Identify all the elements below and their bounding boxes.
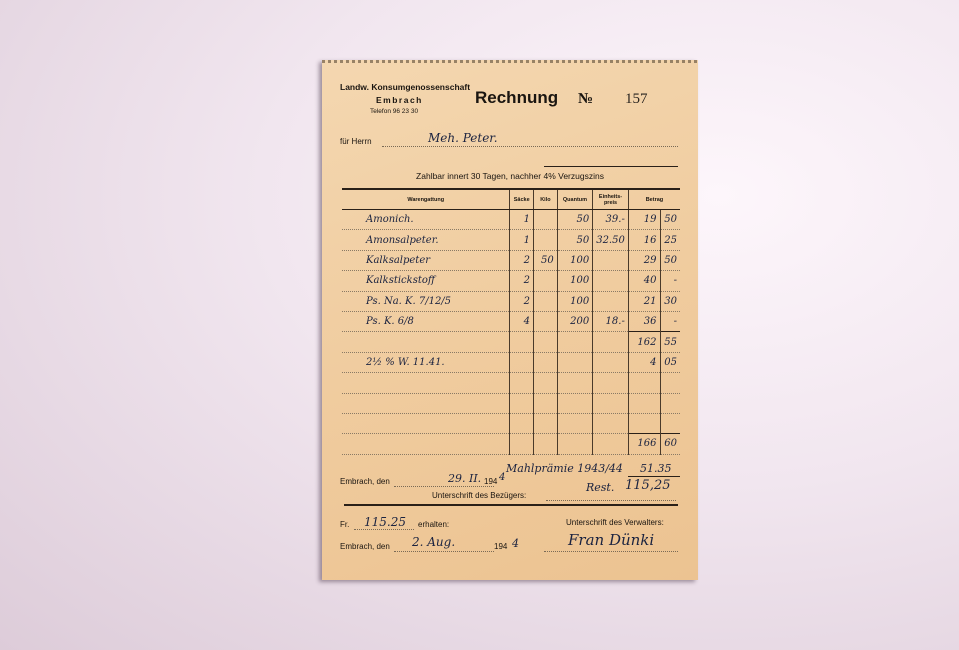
cell-rappen: 50 — [660, 210, 680, 230]
cell-saecke — [510, 332, 534, 352]
cell-franken: 21 — [628, 291, 660, 311]
manager-label: Unterschrift des Verwalters: — [566, 518, 664, 527]
cell-saecke: 2 — [510, 271, 534, 291]
cell-franken — [628, 373, 660, 393]
cell-franken: 162 — [628, 332, 660, 352]
cell-quantum: 100 — [557, 291, 592, 311]
cell-quantum: 100 — [557, 250, 592, 270]
footer-divider — [344, 504, 678, 506]
cell-item — [342, 332, 510, 352]
rest-amount: 115,25 — [625, 478, 671, 493]
year-prefix: 194 — [484, 477, 497, 486]
cell-franken — [628, 413, 660, 433]
cell-franken: 4 — [628, 352, 660, 372]
terms-rule — [544, 166, 678, 167]
paid-date-line — [394, 551, 494, 552]
cell-quantum — [557, 352, 592, 372]
cell-kilo — [534, 413, 558, 433]
col-saecke: Säcke — [510, 189, 534, 210]
cell-saecke — [510, 352, 534, 372]
cell-rappen: 25 — [660, 230, 680, 250]
deduction-rule — [628, 476, 680, 477]
cell-franken: 19 — [628, 210, 660, 230]
received-label: erhalten: — [418, 520, 449, 529]
cell-kilo — [534, 291, 558, 311]
cell-rappen — [660, 393, 680, 413]
table-header: Warengattung Säcke Kilo Quantum Einheits… — [342, 189, 680, 210]
cell-saecke — [510, 413, 534, 433]
cell-franken: 40 — [628, 271, 660, 291]
cell-rappen — [660, 413, 680, 433]
table-row — [342, 373, 680, 393]
cell-rappen: 55 — [660, 332, 680, 352]
paid-year-suffix: 4 — [512, 537, 519, 550]
cell-preis — [593, 250, 629, 270]
cell-saecke: 1 — [510, 230, 534, 250]
document-title: Rechnung — [475, 88, 558, 108]
org-phone: Telefon 96 23 30 — [370, 108, 418, 115]
cell-saecke: 4 — [510, 311, 534, 331]
cell-item: Kalkstickstoff — [342, 271, 510, 291]
cell-quantum: 50 — [557, 230, 592, 250]
cell-preis — [593, 413, 629, 433]
cell-item — [342, 413, 510, 433]
cell-item — [342, 434, 510, 454]
payment-terms: Zahlbar innert 30 Tagen, nachher 4% Verz… — [322, 171, 698, 181]
cell-item: 2½ % W. 11.41. — [342, 352, 510, 372]
cell-quantum — [557, 434, 592, 454]
invoice-paper: Landw. Konsumgenossenschaft Embrach Tele… — [322, 60, 698, 580]
cell-preis — [593, 393, 629, 413]
customer-name: Meh. Peter. — [428, 131, 498, 145]
table-row: Amonich.15039.-1950 — [342, 210, 680, 230]
table-row — [342, 413, 680, 433]
cell-saecke: 2 — [510, 250, 534, 270]
cell-kilo — [534, 332, 558, 352]
items-table: Warengattung Säcke Kilo Quantum Einheits… — [342, 188, 680, 455]
cell-item: Kalksalpeter — [342, 250, 510, 270]
cell-quantum: 50 — [557, 210, 592, 230]
cell-quantum — [557, 413, 592, 433]
paid-year-prefix: 194 — [494, 542, 507, 551]
table-row: Kalksalpeter2501002950 — [342, 250, 680, 270]
cell-preis: 39.- — [593, 210, 629, 230]
cell-preis: 32.50 — [593, 230, 629, 250]
signature-label: Unterschrift des Bezügers: — [432, 491, 526, 500]
received-amount: 115.25 — [364, 515, 406, 529]
cell-kilo — [534, 393, 558, 413]
invoice-date: 29. II. — [448, 472, 481, 485]
cell-item — [342, 393, 510, 413]
cell-franken: 29 — [628, 250, 660, 270]
cell-quantum: 200 — [557, 311, 592, 331]
cell-saecke — [510, 373, 534, 393]
cell-preis — [593, 332, 629, 352]
manager-signature: Fran Dünki — [568, 531, 654, 549]
table-row — [342, 393, 680, 413]
cell-kilo — [534, 230, 558, 250]
cell-item: Ps. K. 6/8 — [342, 311, 510, 331]
date-label: Embrach, den — [340, 477, 390, 486]
cell-franken: 16 — [628, 230, 660, 250]
col-einheitspreis: Einheits-preis — [593, 189, 629, 210]
cell-saecke: 1 — [510, 210, 534, 230]
cell-franken: 166 — [628, 434, 660, 454]
paid-date: 2. Aug. — [412, 535, 455, 549]
cell-rappen: - — [660, 271, 680, 291]
cell-franken — [628, 393, 660, 413]
cell-preis — [593, 352, 629, 372]
cell-item: Amonich. — [342, 210, 510, 230]
rest-label: Rest. — [586, 481, 614, 494]
cell-rappen: 05 — [660, 352, 680, 372]
cell-kilo: 50 — [534, 250, 558, 270]
cell-rappen: 60 — [660, 434, 680, 454]
received-prefix: Fr. — [340, 520, 349, 529]
deduction-note: Mahlprämie 1943/44 — [506, 462, 623, 475]
received-line — [354, 529, 414, 530]
cell-item: Ps. Na. K. 7/12/5 — [342, 291, 510, 311]
deduction-amount: 51.35 — [640, 462, 672, 475]
col-kilo: Kilo — [534, 189, 558, 210]
table-row: 16660 — [342, 434, 680, 454]
cell-preis — [593, 434, 629, 454]
cell-rappen: - — [660, 311, 680, 331]
cell-preis: 18.- — [593, 311, 629, 331]
org-name: Landw. Konsumgenossenschaft — [340, 82, 470, 92]
cell-quantum — [557, 373, 592, 393]
table-row: 2½ % W. 11.41.405 — [342, 352, 680, 372]
cell-rappen: 30 — [660, 291, 680, 311]
cell-item: Amonsalpeter. — [342, 230, 510, 250]
cell-kilo — [534, 271, 558, 291]
invoice-number: 157 — [625, 91, 648, 108]
manager-signature-line — [544, 551, 678, 552]
cell-preis — [593, 271, 629, 291]
table-row: Ps. Na. K. 7/12/521002130 — [342, 291, 680, 311]
customer-label: für Herrn — [340, 137, 372, 146]
col-warengattung: Warengattung — [342, 189, 510, 210]
paid-date-label: Embrach, den — [340, 542, 390, 551]
number-label: № — [578, 91, 593, 108]
cell-rappen — [660, 373, 680, 393]
cell-quantum — [557, 332, 592, 352]
table-row: Kalkstickstoff210040- — [342, 271, 680, 291]
cell-quantum — [557, 393, 592, 413]
customer-line — [382, 146, 678, 147]
table-row: 16255 — [342, 332, 680, 352]
cell-preis — [593, 373, 629, 393]
date-line — [394, 486, 494, 487]
cell-kilo — [534, 311, 558, 331]
col-quantum: Quantum — [557, 189, 592, 210]
table-row: Ps. K. 6/8420018.-36- — [342, 311, 680, 331]
cell-saecke — [510, 393, 534, 413]
cell-kilo — [534, 210, 558, 230]
cell-quantum: 100 — [557, 271, 592, 291]
cell-kilo — [534, 373, 558, 393]
cell-franken: 36 — [628, 311, 660, 331]
cell-rappen: 50 — [660, 250, 680, 270]
signature-line — [546, 500, 676, 501]
org-location: Embrach — [376, 95, 423, 105]
cell-item — [342, 373, 510, 393]
cell-saecke: 2 — [510, 291, 534, 311]
cell-saecke — [510, 434, 534, 454]
cell-kilo — [534, 352, 558, 372]
table-row: Amonsalpeter.15032.501625 — [342, 230, 680, 250]
year-suffix: 4 — [499, 472, 505, 483]
cell-preis — [593, 291, 629, 311]
col-betrag: Betrag — [628, 189, 680, 210]
cell-kilo — [534, 434, 558, 454]
